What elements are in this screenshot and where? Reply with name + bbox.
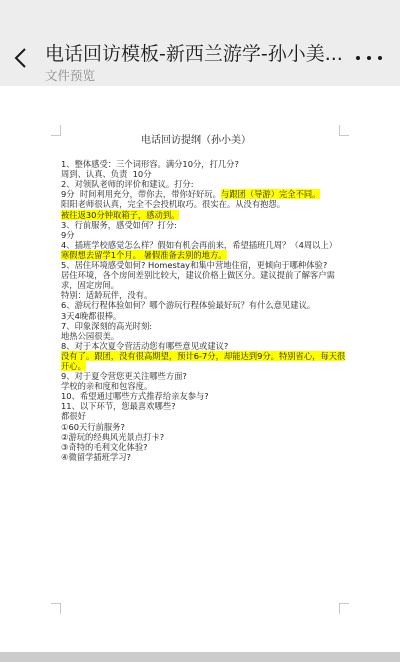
document-line: 都很好 <box>61 411 351 421</box>
header: 电话回访模板-新西兰游学-孙小美... 文件预览 <box>0 30 400 86</box>
document-line: 特别：适龄玩伴，没有。 <box>61 290 351 300</box>
document-title: 电话回访提纲（孙小美） <box>51 136 341 146</box>
document-line: ③奇特的毛利文化体验? <box>61 442 351 452</box>
highlighted-text: 被往返30分钟取箱子，感动到。 <box>61 210 179 220</box>
line-text: 2、对领队老师的评价和建议。打分: <box>61 179 194 189</box>
crop-mark-top-right <box>339 125 349 136</box>
document-line: 2、对领队老师的评价和建议。打分: <box>61 179 351 189</box>
highlighted-text: 寒假想去留学1个月。 暑假准备去别的地方。 <box>61 250 227 260</box>
line-text: ④微留学插班学习? <box>61 452 131 462</box>
document-line: ②游玩的经典风光景点打卡? <box>61 432 351 442</box>
document-line: 11、以下环节，您最喜欢哪些? <box>61 401 351 411</box>
document-line: 被往返30分钟取箱子，感动到。 <box>61 210 351 220</box>
line-text: 3天4晚都很棒。 <box>61 311 121 321</box>
line-text: ②游玩的经典风光景点打卡? <box>61 432 164 442</box>
line-text: 5、居住环境感受如何? Homestay和集中营地住宿，更倾向于哪种体验? <box>61 260 327 270</box>
line-text: 都很好 <box>61 411 86 421</box>
document-preview[interactable]: 电话回访提纲（孙小美） 1、整体感受：三个词形容。满分10分，打几分?周到、认真… <box>0 86 400 652</box>
bottom-bar <box>0 652 400 662</box>
line-text: 1、整体感受：三个词形容。满分10分，打几分? <box>61 159 239 169</box>
line-text: 9、对于夏令营您更关注哪些方面? <box>61 371 187 381</box>
document-line: 6、游玩行程体验如何？哪个游玩行程体验最好玩？有什么意见建议。 <box>61 300 351 310</box>
document-line: 阳阳老师很认真，完全不会投机取巧。很实在。从没有抱怨。 <box>61 199 351 209</box>
document-line: 8、对于本次夏令营活动您有哪些意见或建议? <box>61 341 351 351</box>
document-line: 没有了。跟团，没有很高期望，预计6-7分，却能达到9分。特别省心，每天很开心。 <box>61 351 351 371</box>
line-text: ③奇特的毛利文化体验? <box>61 442 148 452</box>
document-line: 1、整体感受：三个词形容。满分10分，打几分? <box>61 159 351 169</box>
document-line: 地热公园很美。 <box>61 331 351 341</box>
document-line: 寒假想去留学1个月。 暑假准备去别的地方。 <box>61 250 351 260</box>
line-text: 8、对于本次夏令营活动您有哪些意见或建议? <box>61 341 228 351</box>
crop-mark-top-left <box>51 125 61 136</box>
document-line: 9、对于夏令营您更关注哪些方面? <box>61 371 351 381</box>
document-lines: 1、整体感受：三个词形容。满分10分，打几分?周到、认真、负责 10分2、对领队… <box>61 159 351 462</box>
chevron-left-icon <box>10 44 34 72</box>
crop-mark-bottom-right <box>339 603 349 614</box>
document-line: ④微留学插班学习? <box>61 452 351 462</box>
document-line: 10、希望通过哪些方式推荐给亲友参与? <box>61 391 351 401</box>
more-horizontal-icon <box>356 56 360 60</box>
back-button[interactable] <box>10 44 34 72</box>
line-text: 7、印象深刻的高光时刻: <box>61 321 152 331</box>
line-text: 6、游玩行程体验如何？哪个游玩行程体验最好玩？有什么意见建议。 <box>61 300 315 310</box>
document-line: 9分 时间利用充分，带你去，带你好好玩。与跟团（导游）完全不同。 <box>61 189 351 199</box>
more-button[interactable] <box>356 50 382 66</box>
document-line: 居住环境，各个房间差别比较大，建议价格上做区分。建议提前了解客户需求，固定房间。 <box>61 270 351 290</box>
line-text: 11、以下环节，您最喜欢哪些? <box>61 401 176 411</box>
line-text: 居住环境，各个房间差别比较大，建议价格上做区分。建议提前了解客户需求，固定房间。 <box>61 270 335 290</box>
document-line: ①60天行前服务? <box>61 422 351 432</box>
line-text: 10、希望通过哪些方式推荐给亲友参与? <box>61 391 209 401</box>
document-line: 5、居住环境感受如何? Homestay和集中营地住宿，更倾向于哪种体验? <box>61 260 351 270</box>
document-line: 学校的亲和度和包容度。 <box>61 381 351 391</box>
highlighted-text: 与跟团（导游）完全不同。 <box>221 189 321 199</box>
document-line: 4、插班学校感觉怎么样？假如有机会再前来，希望插班几周？（4周以上） <box>61 240 351 250</box>
line-text: 阳阳老师很认真，完全不会投机取巧。很实在。从没有抱怨。 <box>61 199 285 209</box>
document-line: 周到、认真、负责 10分 <box>61 169 351 179</box>
status-bar <box>0 0 400 30</box>
highlighted-text: 没有了。跟团，没有很高期望，预计6-7分，却能达到9分。特别省心，每天很开心。 <box>61 351 345 371</box>
document-line: 3天4晚都很棒。 <box>61 311 351 321</box>
document-line: 3、行前服务，感受如何？打分: <box>61 220 351 230</box>
document-content: 电话回访提纲（孙小美） 1、整体感受：三个词形容。满分10分，打几分?周到、认真… <box>61 136 351 462</box>
more-horizontal-icon <box>367 56 371 60</box>
line-text: 9分 时间利用充分，带你去，带你好好玩。 <box>61 189 221 199</box>
document-line: 7、印象深刻的高光时刻: <box>61 321 351 331</box>
line-text: 周到、认真、负责 10分 <box>61 169 152 179</box>
page-subtitle: 文件预览 <box>45 66 95 84</box>
crop-mark-bottom-left <box>51 603 61 614</box>
line-text: 特别：适龄玩伴，没有。 <box>61 290 152 300</box>
page-title: 电话回访模板-新西兰游学-孙小美... <box>45 39 345 66</box>
line-text: 学校的亲和度和包容度。 <box>61 381 152 391</box>
line-text: 地热公园很美。 <box>61 331 119 341</box>
more-horizontal-icon <box>378 56 382 60</box>
document-line: 9分 <box>61 230 351 240</box>
line-text: 4、插班学校感觉怎么样？假如有机会再前来，希望插班几周？（4周以上） <box>61 240 337 250</box>
line-text: 9分 <box>61 230 75 240</box>
line-text: 3、行前服务，感受如何？打分: <box>61 220 177 230</box>
line-text: ①60天行前服务? <box>61 422 125 432</box>
